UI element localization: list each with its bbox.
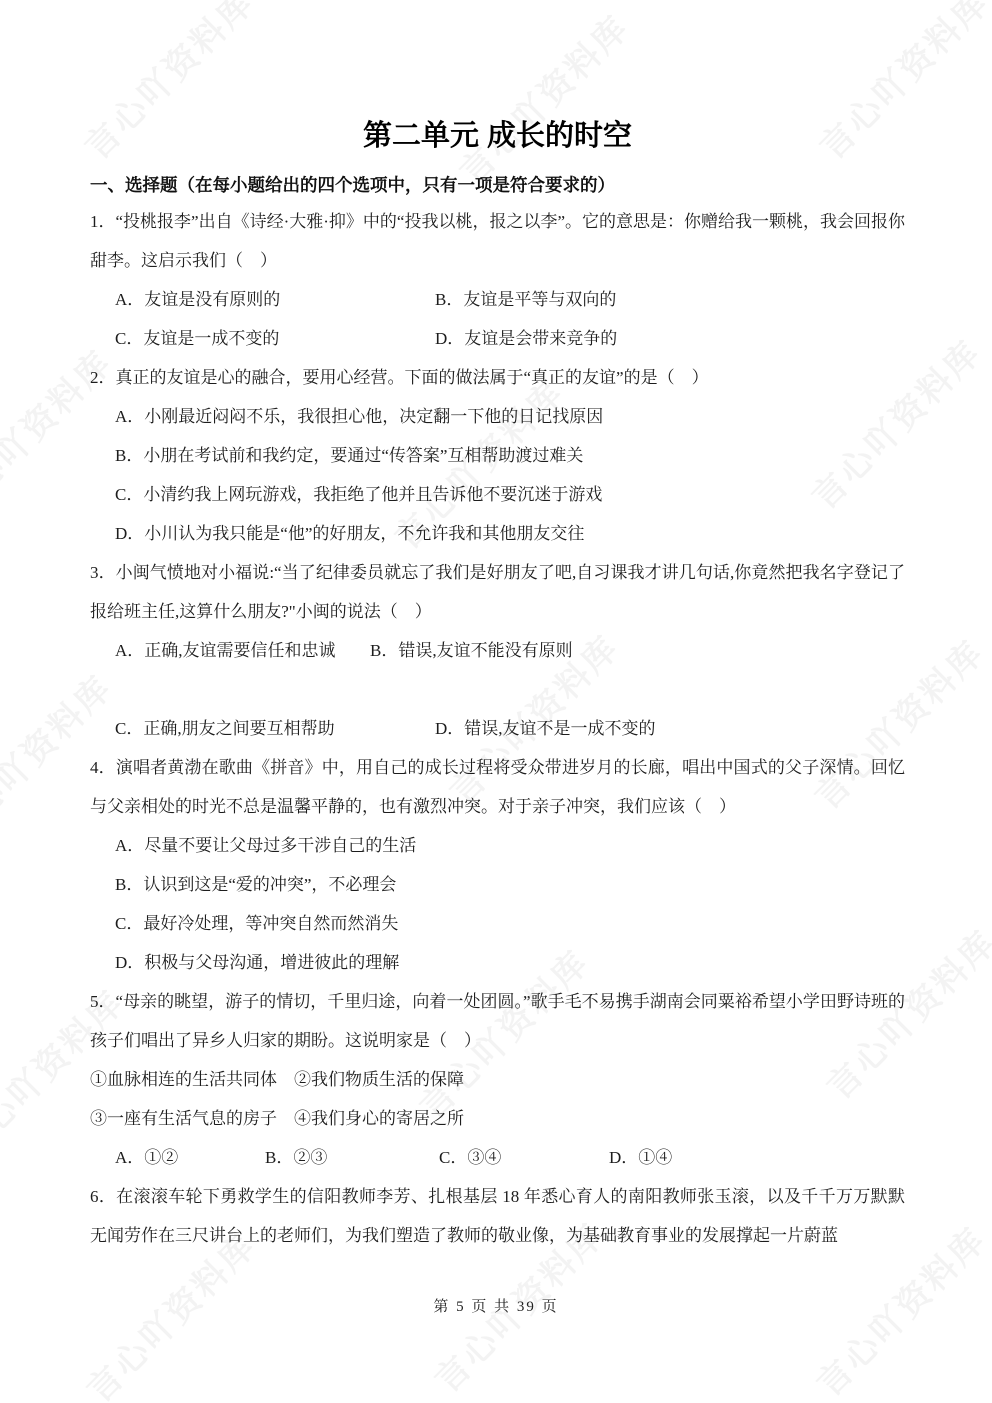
question-4-stem: 4．演唱者黄渤在歌曲《拼音》中，用自己的成长过程将受众带进岁月的长廊，唱出中国式…	[90, 748, 905, 826]
question-3: 3．小闽气愤地对小福说:“当了纪律委员就忘了我们是好朋友了吧,自习课我才讲几句话…	[90, 553, 905, 748]
exam-page: 言心吖资料库 言心吖资料库 言心吖资料库 言心吖资料库 言心吖资料库 言心吖资料…	[0, 0, 992, 1403]
question-2-option-b: B．小朋在考试前和我约定，要通过“传答案”互相帮助渡过难关	[90, 436, 905, 475]
question-5-items-3-4: ③一座有生活气息的房子 ④我们身心的寄居之所	[90, 1099, 905, 1138]
question-2: 2．真正的友谊是心的融合，要用心经营。下面的做法属于“真正的友谊”的是（ ） A…	[90, 358, 905, 553]
question-4-option-a: A．尽量不要让父母过多干涉自己的生活	[90, 826, 905, 865]
question-3-option-c: C．正确,朋友之间要互相帮助	[115, 709, 435, 748]
question-1-option-b: B．友谊是平等与双向的	[435, 280, 616, 319]
question-5-answer-row: A．①② B．②③ C．③④ D．①④	[90, 1138, 905, 1177]
question-1-option-a: A．友谊是没有原则的	[115, 280, 435, 319]
question-2-stem: 2．真正的友谊是心的融合，要用心经营。下面的做法属于“真正的友谊”的是（ ）	[90, 358, 905, 397]
question-3-options-row-ab: A．正确,友谊需要信任和忠诚 B．错误,友谊不能没有原则	[90, 631, 905, 670]
question-5-option-c: C．③④	[439, 1138, 609, 1177]
page-footer: 第 5 页 共 39 页	[0, 1288, 992, 1327]
question-5-option-a: A．①②	[115, 1138, 265, 1177]
question-1-option-d: D．友谊是会带来竞争的	[435, 319, 617, 358]
question-3-option-a: A．正确,友谊需要信任和忠诚	[115, 631, 370, 670]
question-3-options-row-cd: C．正确,朋友之间要互相帮助 D．错误,友谊不是一成不变的	[90, 709, 905, 748]
question-2-option-d: D．小川认为我只能是“他”的好朋友，不允许我和其他朋友交往	[90, 514, 905, 553]
question-4: 4．演唱者黄渤在歌曲《拼音》中，用自己的成长过程将受众带进岁月的长廊，唱出中国式…	[90, 748, 905, 982]
question-5-items-1-2: ①血脉相连的生活共同体 ②我们物质生活的保障	[90, 1060, 905, 1099]
document-content: 第二单元 成长的时空 一、选择题（在每小题给出的四个选项中，只有一项是符合要求的…	[90, 0, 905, 1255]
question-1-stem: 1．“投桃报李”出自《诗经·大雅·抑》中的“投我以桃，报之以李”。它的意思是：你…	[90, 202, 905, 280]
question-3-stem: 3．小闽气愤地对小福说:“当了纪律委员就忘了我们是好朋友了吧,自习课我才讲几句话…	[90, 553, 905, 631]
question-5-option-d: D．①④	[609, 1138, 672, 1177]
question-4-option-b: B．认识到这是“爱的冲突”，不必理会	[90, 865, 905, 904]
question-1-options-row-ab: A．友谊是没有原则的 B．友谊是平等与双向的	[90, 280, 905, 319]
question-5-stem: 5．“母亲的眺望，游子的情切，千里归途，向着一处团圆。”歌手毛不易携手湖南会同粟…	[90, 982, 905, 1060]
question-4-option-d: D．积极与父母沟通，增进彼此的理解	[90, 943, 905, 982]
question-3-option-d: D．错误,友谊不是一成不变的	[435, 709, 656, 748]
question-6-stem: 6．在滚滚车轮下勇救学生的信阳教师李芳、扎根基层 18 年悉心育人的南阳教师张玉…	[90, 1177, 905, 1255]
section-heading: 一、选择题（在每小题给出的四个选项中，只有一项是符合要求的）	[90, 168, 905, 202]
question-4-option-c: C．最好冷处理，等冲突自然而然消失	[90, 904, 905, 943]
question-2-option-c: C．小清约我上网玩游戏，我拒绝了他并且告诉他不要沉迷于游戏	[90, 475, 905, 514]
question-3-option-b: B．错误,友谊不能没有原则	[370, 631, 573, 670]
question-1-option-c: C．友谊是一成不变的	[115, 319, 435, 358]
question-2-option-a: A．小刚最近闷闷不乐，我很担心他，决定翻一下他的日记找原因	[90, 397, 905, 436]
blank-line	[90, 670, 905, 709]
question-1-options-row-cd: C．友谊是一成不变的 D．友谊是会带来竞争的	[90, 319, 905, 358]
question-5: 5．“母亲的眺望，游子的情切，千里归途，向着一处团圆。”歌手毛不易携手湖南会同粟…	[90, 982, 905, 1177]
question-6: 6．在滚滚车轮下勇救学生的信阳教师李芳、扎根基层 18 年悉心育人的南阳教师张玉…	[90, 1177, 905, 1255]
question-1: 1．“投桃报李”出自《诗经·大雅·抑》中的“投我以桃，报之以李”。它的意思是：你…	[90, 202, 905, 358]
question-5-option-b: B．②③	[265, 1138, 439, 1177]
page-title: 第二单元 成长的时空	[90, 116, 905, 156]
